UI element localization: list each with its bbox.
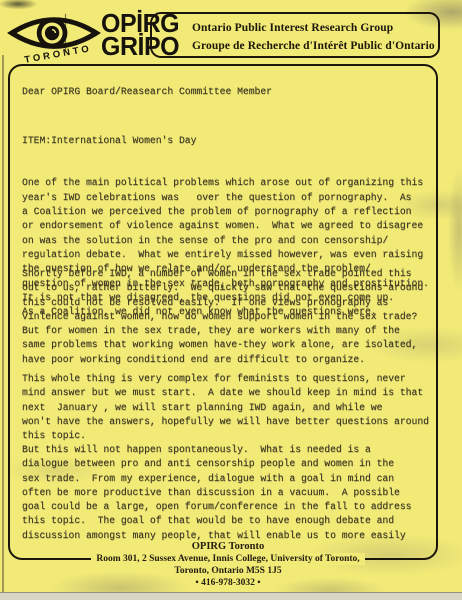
paragraph-3: This whole thing is very complex for fem… [22,372,429,443]
org-name-box: Ontario Public Interest Research Group G… [150,12,440,58]
salutation: Dear OPIRG Board/Reasearch Committee Mem… [22,85,272,99]
org-name-english: Ontario Public Interest Research Group [192,20,438,38]
letterhead-footer: OPIRG Toronto Room 301, 2 Sussex Avenue,… [0,540,456,589]
footer-address-line: Room 301, 2 Sussex Avenue, Innis College… [0,553,456,565]
paragraph-2: Shortly before IWD, a number of women in… [22,267,423,367]
logo-acronym: OPİRG GRİPO [101,12,179,58]
logo-acronym-gripo: GRİPO [101,35,179,58]
scan-bottom-edge [0,592,462,600]
org-name-french: Groupe de Recherche d'Intérêt Public d'O… [192,38,438,56]
footer-phone: • 416-978-3032 • [0,577,456,589]
footer-org-name: OPIRG Toronto [0,540,456,553]
scanned-letter-page: Ontario Public Interest Research Group G… [0,0,462,600]
footer-city-line: Toronto, Ontario M5S 1J5 [0,565,456,577]
scan-edge-line [2,55,4,592]
paragraph-4: But this will not happen spontaneously. … [22,443,412,543]
item-heading: ITEM:International Women's Day [22,134,429,148]
footer-address-text: Room 301, 2 Sussex Avenue, Innis College… [91,553,364,565]
